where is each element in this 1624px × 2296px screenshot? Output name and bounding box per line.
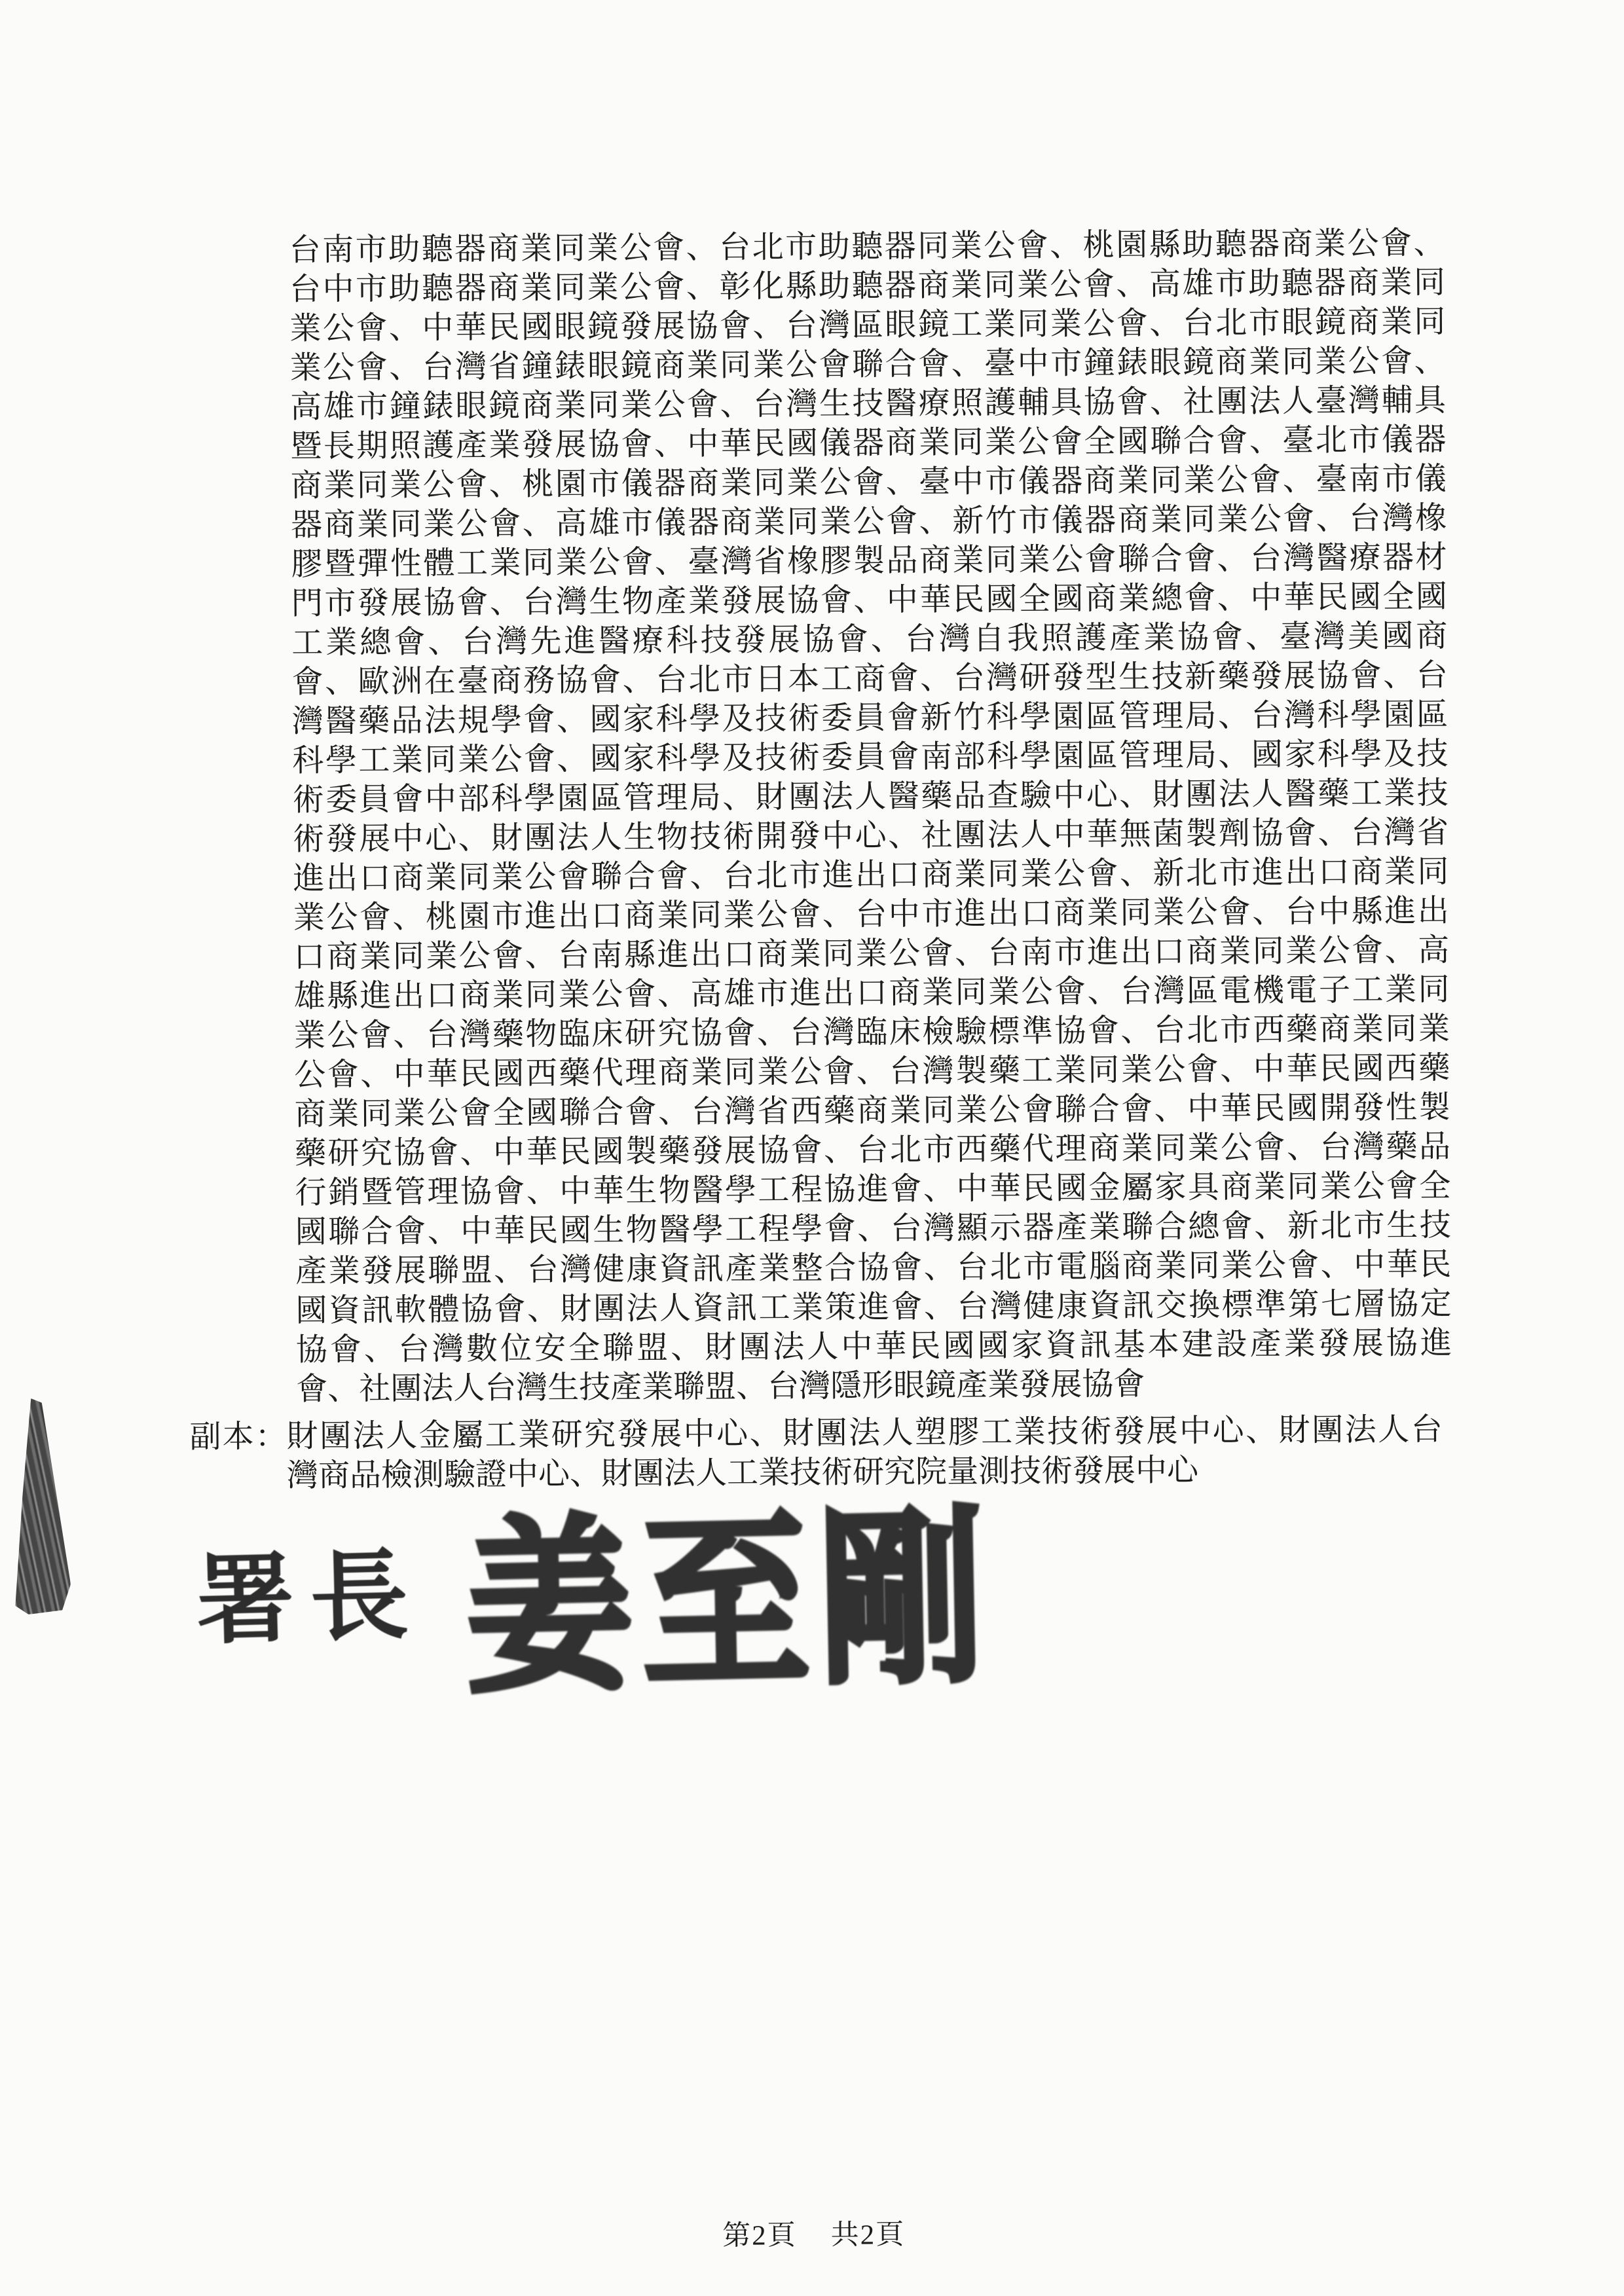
scanned-document-page: 台南市助聽器商業同業公會、台北市助聽器同業公會、桃園縣助聽器商業公會、台中市助聽… <box>0 0 1624 2296</box>
signature-block: 署長 姜至剛 <box>195 1477 995 1698</box>
text-line: 商業同業公會、桃園市儀器商業同業公會、臺中市儀器商業同業公會、臺南市儀 <box>291 460 1447 506</box>
document-content: 台南市助聽器商業同業公會、台北市助聽器同業公會、桃園縣助聽器商業公會、台中市助聽… <box>0 0 1624 2296</box>
text-line: 術委員會中部科學園區管理局、財團法人醫藥品查驗中心、財團法人醫藥工業技 <box>293 774 1449 820</box>
text-line: 協會、台灣數位安全聯盟、財團法人中華民國國家資訊基本建設產業發展協進 <box>296 1324 1452 1370</box>
text-line: 公會、中華民國西藥代理商業同業公會、台灣製藥工業同業公會、中華民國西藥 <box>294 1049 1450 1095</box>
signature-handwritten-name: 姜至剛 <box>463 1447 996 1728</box>
text-line: 膠暨彈性體工業同業公會、臺灣省橡膠製品商業同業公會聯合會、台灣醫療器材 <box>291 538 1447 585</box>
text-line: 暨長期照護產業發展協會、中華民國儀器商業同業公會全國聯合會、臺北市儀器 <box>290 420 1446 467</box>
text-line: 國資訊軟體協會、財團法人資訊工業策進會、台灣健康資訊交換標準第七層協定 <box>295 1285 1451 1331</box>
text-line: 科學工業同業公會、國家科學及技術委員會南部科學園區管理局、國家科學及技 <box>292 735 1448 781</box>
text-line: 會、歐洲在臺商務協會、台北市日本工商會、台灣研發型生技新藥發展協會、台 <box>291 656 1447 702</box>
text-line: 業公會、中華民國眼鏡發展協會、台灣區眼鏡工業同業公會、台北市眼鏡商業同 <box>289 302 1445 349</box>
text-line: 產業發展聯盟、台灣健康資訊產業整合協會、台北市電腦商業同業公會、中華民 <box>295 1245 1451 1292</box>
recipient-list-continued: 台南市助聽器商業同業公會、台北市助聽器同業公會、桃園縣助聽器商業公會、台中市助聽… <box>289 224 1452 1410</box>
text-line: 會、社團法人台灣生技產業聯盟、台灣隱形眼鏡產業發展協會 <box>296 1363 1452 1410</box>
text-line: 業公會、台灣藥物臨床研究協會、台灣臨床檢驗標準協會、台北市西藥商業同業 <box>294 1010 1450 1056</box>
text-line: 業公會、桃園市進出口商業同業公會、台中市進出口商業同業公會、台中縣進出 <box>293 892 1449 938</box>
text-line: 商業同業公會全國聯合會、台灣省西藥商業同業公會聯合會、中華民國開發性製 <box>295 1088 1450 1135</box>
text-line: 器商業同業公會、高雄市儀器商業同業公會、新竹市儀器商業同業公會、台灣橡 <box>291 499 1447 545</box>
page-total: 共2頁 <box>830 2212 905 2253</box>
text-line: 台中市助聽器商業同業公會、彰化縣助聽器商業同業公會、高雄市助聽器商業同 <box>289 263 1445 310</box>
signer-title: 署長 <box>194 1516 425 1663</box>
page-number: 第2頁 <box>722 2213 797 2253</box>
text-line: 台南市助聽器商業同業公會、台北市助聽器同業公會、桃園縣助聽器商業公會、 <box>289 224 1445 270</box>
text-line: 進出口商業同業公會聯合會、台北市進出口商業同業公會、新北市進出口商業同 <box>293 852 1449 899</box>
text-line: 藥研究協會、中華民國製藥發展協會、台北市西藥代理商業同業公會、台灣藥品 <box>295 1127 1450 1174</box>
text-line: 業公會、台灣省鐘錶眼鏡商業同業公會聯合會、臺中市鐘錶眼鏡商業同業公會、 <box>290 342 1446 388</box>
copy-to-label: 副本： <box>190 1417 288 1457</box>
text-line: 門市發展協會、台灣生物產業發展協會、中華民國全國商業總會、中華民國全國 <box>291 577 1447 624</box>
text-line: 高雄市鐘錶眼鏡商業同業公會、台灣生技醫療照護輔具協會、社團法人臺灣輔具 <box>290 381 1446 428</box>
text-line: 口商業同業公會、台南縣進出口商業同業公會、台南市進出口商業同業公會、高 <box>293 931 1449 977</box>
text-line: 術發展中心、財團法人生物技術開發中心、社團法人中華無菌製劑協會、台灣省 <box>293 813 1449 860</box>
text-line: 雄縣進出口商業同業公會、高雄市進出口商業同業公會、台灣區電機電子工業同 <box>293 970 1449 1017</box>
text-line: 行銷暨管理協會、中華生物醫學工程協進會、中華民國金屬家具商業同業公會全 <box>295 1167 1450 1213</box>
text-line: 工業總會、台灣先進醫療科技發展協會、台灣自我照護產業協會、臺灣美國商 <box>291 617 1447 663</box>
text-line: 灣醫藥品法規學會、國家科學及技術委員會新竹科學園區管理局、台灣科學園區 <box>292 695 1448 742</box>
page-footer: 第2頁 共2頁 <box>722 2212 905 2253</box>
text-line: 國聯合會、中華民國生物醫學工程學會、台灣顯示器產業聯合總會、新北市生技 <box>295 1206 1451 1252</box>
